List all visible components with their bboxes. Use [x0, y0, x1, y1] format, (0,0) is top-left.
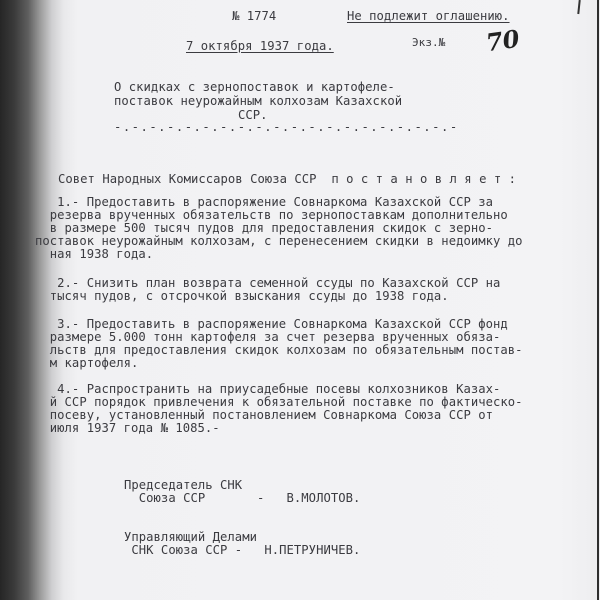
handwritten-mark — [577, 0, 580, 14]
copy-label: Экз.№ — [412, 36, 445, 49]
preamble: Совет Народных Комиссаров Союза ССР п о … — [58, 173, 516, 186]
title-separator: -.-.-.-.-.-.-.-.-.-.-.-.-.-.-.-.-.-.-.- — [114, 121, 459, 134]
classification-stamp: Не подлежит оглашению. — [347, 10, 510, 23]
title-line-2: поставок неурожайным колхозам Казахской — [114, 95, 402, 108]
document-date: 7 октября 1937 года. — [186, 40, 334, 53]
page-edge-shadow — [597, 0, 599, 600]
document-page: № 1774 Не подлежит оглашению. 7 октября … — [0, 0, 600, 600]
signature-2-name: СНК Союза ССР - Н.ПЕТРУНИЧЕВ. — [124, 544, 360, 557]
paragraph-4-line-4: июля 1937 года № 1085.- — [35, 422, 220, 435]
document-number: № 1774 — [232, 10, 276, 23]
title-line-1: О скидках с зернопоставок и картофеле- — [114, 81, 395, 94]
paragraph-3-line-4: м картофеля. — [35, 357, 138, 370]
paragraph-2-line-2: тысяч пудов, с отсрочкой взыскания ссуды… — [35, 290, 449, 303]
paragraph-1-line-5: ная 1938 года. — [35, 248, 153, 261]
copy-number-handwritten: 70 — [484, 24, 521, 57]
signature-1-name: Союза ССР - В.МОЛОТОВ. — [124, 492, 360, 505]
